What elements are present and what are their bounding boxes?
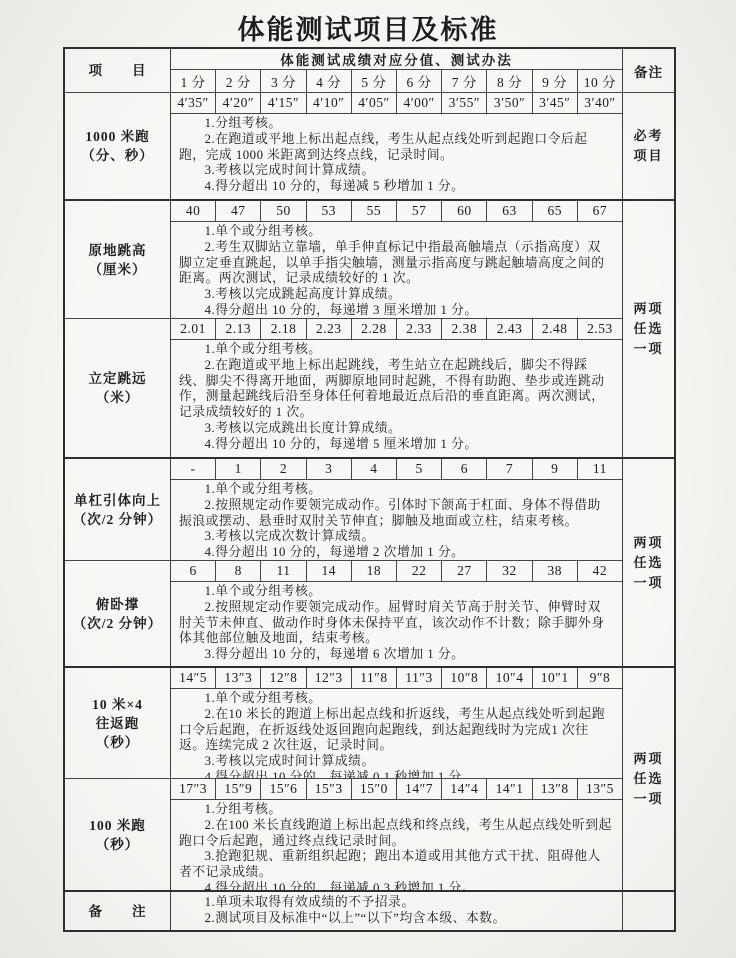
method-line: 1.分组考核。 [179,802,614,818]
score-values-row: 4′35″4′20″4′15″4′10″4′05″4′00″3′55″3′50″… [171,93,622,114]
score-value-cell: 14″5 [171,668,216,688]
method-line: 1.单项未取得有效成绩的不予招录。 [179,895,614,911]
score-value-cell: 10″8 [442,668,487,688]
method-line: 3.抢跑犯规、重新组织起跑；跑出本道或用其他方式干扰、阻碍他人者不记录成绩。 [179,849,614,881]
score-col-header: 2 分 [216,70,261,92]
score-values-row: 17″315″915″615″315″014″714″414″113″813″5 [171,779,622,800]
item-name-line: 100 米跑 [89,816,146,835]
method-line: 2.在100 米长直线跑道上标出起点线和终点线，考生从起点线处听到起跑口令后起跑… [179,818,614,850]
header-item-label: 项 目 [89,61,147,80]
score-value-cell: 14″1 [487,779,532,799]
method-line: 3.得分超出 10 分的，每递增 6 次增加 1 分。 [179,647,614,663]
method-text: 1.分组考核。2.在跑道或平地上标出起点线，考生从起点线处听到起跑口令后起跑，完… [171,114,622,199]
score-value-cell: 3′45″ [533,93,578,113]
item-name-shuttle-run: 10 米×4往返跑（秒） [65,668,171,778]
score-value-cell: 32 [487,561,532,581]
score-col-header: 7 分 [442,70,487,92]
score-value-cell: 27 [442,561,487,581]
footer-body: 1.单项未取得有效成绩的不予招录。2.测试项目及标准中“以上”“以下”均含本级、… [171,892,622,930]
score-value-cell: 1 [216,459,261,479]
score-value-cell: 13″5 [578,779,622,799]
method-line: 1.单个或分组考核。 [179,584,614,600]
method-text: 1.单个或分组考核。2.在跑道或平地上标出起跳线，考生站立在起跳线后，脚尖不得踩… [171,340,622,457]
document-page: 体能测试项目及标准 项 目 体能测试成绩对应分值、测试办法 1 分2 分3 分4… [0,0,736,958]
item-name-standing-long-jump: 立定跳远（米） [65,319,171,457]
score-value-cell: 4′10″ [307,93,352,113]
score-value-cell: 10″1 [533,668,578,688]
score-value-cell: 6 [442,459,487,479]
remark-cell-mandatory: 必考项目 [623,92,674,199]
score-col-header: 9 分 [533,70,578,92]
score-value-cell: 2.18 [261,319,306,339]
item-name-push-ups: 俯卧撑（次/2 分钟） [65,561,171,666]
score-value-cell: - [171,459,216,479]
score-value-cell: 15″9 [216,779,261,799]
score-value-cell: 2.13 [216,319,261,339]
section-100m-run: 100 米跑（秒） 17″315″915″615″315″014″714″414… [65,778,622,890]
method-line: 1.分组考核。 [179,116,614,132]
item-name-line: 10 米×4 [92,695,143,714]
item-name-line: （次/2 分钟） [73,510,162,529]
score-col-header: 10 分 [578,70,622,92]
section-standing-high-jump: 原地跳高（厘米） 40475053555760636567 1.单个或分组考核。… [65,199,622,318]
score-value-cell: 53 [307,201,352,221]
score-col-header: 3 分 [261,70,306,92]
score-value-cell: 2.43 [487,319,532,339]
item-name-line: （秒） [96,733,140,752]
score-value-cell: 15″0 [352,779,397,799]
score-value-cell: 11″3 [397,668,442,688]
score-values-row: 40475053555760636567 [171,201,622,222]
method-line: 4.得分超出 10 分的，每递增 2 次增加 1 分。 [179,545,614,560]
score-col-header: 1 分 [171,70,216,92]
method-line: 3.考核以完成时间计算成绩。 [179,754,614,770]
footer-item-label-text: 备 注 [89,902,147,921]
score-value-cell: 17″3 [171,779,216,799]
score-value-cell: 9 [533,459,578,479]
score-values-row: 2.012.132.182.232.282.332.382.432.482.53 [171,319,622,340]
item-name-line: 1000 米跑 [85,127,149,146]
method-text: 1.单个或分组考核。2.按照规定动作要领完成动作。引体时下颌高于杠面、身体不得借… [171,480,622,560]
score-value-cell: 2.28 [352,319,397,339]
section-body: 2.012.132.182.232.282.332.382.432.482.53… [171,319,622,457]
method-line: 1.单个或分组考核。 [179,224,614,240]
score-value-cell: 50 [261,201,306,221]
method-line: 2.在10 米长的跑道上标出起点线和折返线，考生从起点线处听到起跑口令后起跑，在… [179,707,614,754]
method-line: 3.考核以完成次数计算成绩。 [179,529,614,545]
remark-column-header: 备注 [623,49,674,92]
item-name-1000m-run: 1000 米跑（分、秒） [65,93,171,199]
score-value-cell: 12″8 [261,668,306,688]
section-body: 4′35″4′20″4′15″4′10″4′05″4′00″3′55″3′50″… [171,93,622,199]
section-push-ups: 俯卧撑（次/2 分钟） 681114182227323842 1.单个或分组考核… [65,560,622,666]
score-value-cell: 11″8 [352,668,397,688]
section-pull-ups: 单杠引体向上（次/2 分钟） -1234567911 1.单个或分组考核。2.按… [65,457,622,560]
item-name-pull-ups: 单杠引体向上（次/2 分钟） [65,459,171,560]
method-text: 1.单个或分组考核。2.按照规定动作要领完成动作。屈臂时肩关节高于肘关节、伸臂时… [171,582,622,666]
remark-cell-choose-one-of-two-1: 两项任选一项 [623,199,674,457]
score-value-cell: 67 [578,201,622,221]
score-value-cell: 15″3 [307,779,352,799]
score-value-cell: 4 [352,459,397,479]
method-line: 2.按照规定动作要领完成动作。屈臂时肩关节高于肘关节、伸臂时双肘关节未伸直、做动… [179,600,614,647]
score-value-cell: 11 [578,459,622,479]
score-value-cell: 40 [171,201,216,221]
footer-item-label: 备 注 [65,892,171,930]
header-score-area: 体能测试成绩对应分值、测试办法 1 分2 分3 分4 分5 分6 分7 分8 分… [171,49,622,92]
score-value-cell: 14 [307,561,352,581]
score-value-cell: 65 [533,201,578,221]
score-value-cell: 55 [352,201,397,221]
method-line: 4.得分超出 10 分的，每递增 5 厘米增加 1 分。 [179,437,614,453]
section-body: 17″315″915″615″315″014″714″414″113″813″5… [171,779,622,890]
section-standing-long-jump: 立定跳远（米） 2.012.132.182.232.282.332.382.43… [65,318,622,457]
item-name-line: 往返跑 [96,714,140,733]
score-value-cell: 57 [397,201,442,221]
footer-notes: 1.单项未取得有效成绩的不予招录。2.测试项目及标准中“以上”“以下”均含本级、… [171,892,622,930]
method-line: 1.单个或分组考核。 [179,342,614,358]
remark-header-label: 备注 [634,61,663,81]
score-col-header: 5 分 [352,70,397,92]
item-name-line: 立定跳远 [89,369,147,388]
method-line: 4.得分超出 10 分的，每递增 3 厘米增加 1 分。 [179,303,614,318]
method-line: 3.考核以完成跳起高度计算成绩。 [179,287,614,303]
section-shuttle-run: 10 米×4往返跑（秒） 14″513″312″812″311″811″310″… [65,666,622,778]
score-value-cell: 4′15″ [261,93,306,113]
method-text: 1.单个或分组考核。2.考生双脚站立靠墙，单手伸直标记中指最高触墙点（示指高度）… [171,222,622,318]
method-line: 1.单个或分组考核。 [179,482,614,498]
item-name-line: 单杠引体向上 [74,491,161,510]
score-value-cell: 10″4 [487,668,532,688]
score-value-cell: 4′00″ [397,93,442,113]
score-value-cell: 8 [216,561,261,581]
header-item-cell: 项 目 [65,49,171,92]
score-col-header: 4 分 [307,70,352,92]
score-value-cell: 63 [487,201,532,221]
remark-cell-choose-one-of-two-3: 两项任选一项 [623,666,674,890]
item-name-line: （分、秒） [81,146,154,165]
method-line: 2.按照规定动作要领完成动作。引体时下颌高于杠面、身体不得借助振浪或摆动、悬垂时… [179,498,614,530]
score-value-cell: 4′05″ [352,93,397,113]
method-line: 2.考生双脚站立靠墙，单手伸直标记中指最高触墙点（示指高度）双脚立定垂直跳起，以… [179,240,614,287]
item-name-100m-run: 100 米跑（秒） [65,779,171,890]
item-name-standing-high-jump: 原地跳高（厘米） [65,201,171,318]
method-text: 1.单个或分组考核。2.在10 米长的跑道上标出起点线和折返线，考生从起点线处听… [171,689,622,778]
item-name-line: （米） [96,388,140,407]
score-value-cell: 2.23 [307,319,352,339]
item-name-line: （次/2 分钟） [73,614,162,633]
score-col-header: 8 分 [487,70,532,92]
score-value-cell: 3′40″ [578,93,622,113]
method-line: 1.单个或分组考核。 [179,691,614,707]
score-value-cell: 4′35″ [171,93,216,113]
score-value-cell: 3′50″ [487,93,532,113]
score-value-cell: 15″6 [261,779,306,799]
section-body: 681114182227323842 1.单个或分组考核。2.按照规定动作要领完… [171,561,622,666]
section-1000m-run: 1000 米跑（分、秒） 4′35″4′20″4′15″4′10″4′05″4′… [65,92,622,199]
score-value-cell: 3′55″ [442,93,487,113]
score-value-cell: 13″3 [216,668,261,688]
score-value-cell: 2.48 [533,319,578,339]
score-values-row: -1234567911 [171,459,622,480]
footer-remarks-row: 备 注 1.单项未取得有效成绩的不予招录。2.测试项目及标准中“以上”“以下”均… [65,890,622,930]
score-values-row: 681114182227323842 [171,561,622,582]
method-line: 4.得分超出 10 分的，每递减 0.3 秒增加 1 分。 [179,881,614,890]
score-value-cell: 38 [533,561,578,581]
method-line: 2.在跑道或平地上标出起点线，考生从起点线处听到起跑口令后起跑，完成 1000 … [179,132,614,164]
section-body: 40475053555760636567 1.单个或分组考核。2.考生双脚站立靠… [171,201,622,318]
method-line: 3.考核以完成时间计算成绩。 [179,163,614,179]
score-value-cell: 12″3 [307,668,352,688]
remark-cell-choose-one-of-two-2: 两项任选一项 [623,457,674,666]
item-name-line: 原地跳高 [89,241,147,260]
score-values-row: 14″513″312″812″311″811″310″810″410″19″8 [171,668,622,689]
method-text: 1.分组考核。2.在100 米长直线跑道上标出起点线和终点线，考生从起点线处听到… [171,800,622,890]
score-value-cell: 42 [578,561,622,581]
score-value-cell: 3 [307,459,352,479]
score-value-cell: 2 [261,459,306,479]
section-body: 14″513″312″812″311″811″310″810″410″19″8 … [171,668,622,778]
score-value-cell: 22 [397,561,442,581]
method-line: 4.得分超出 10 分的，每递减 5 秒增加 1 分。 [179,179,614,195]
method-line: 4.得分超出 10 分的，每递减 0.1 秒增加 1 分。 [179,770,614,778]
score-value-cell: 4′20″ [216,93,261,113]
score-value-cell: 2.38 [442,319,487,339]
item-name-line: 俯卧撑 [96,595,140,614]
score-value-cell: 2.01 [171,319,216,339]
score-value-cell: 7 [487,459,532,479]
fitness-standards-table: 项 目 体能测试成绩对应分值、测试办法 1 分2 分3 分4 分5 分6 分7 … [63,47,676,932]
score-column-headers: 1 分2 分3 分4 分5 分6 分7 分8 分9 分10 分 [171,70,622,92]
method-line: 2.测试项目及标准中“以上”“以下”均含本级、本数。 [179,911,614,927]
method-line: 3.考核以完成跳出长度计算成绩。 [179,421,614,437]
score-value-cell: 14″7 [397,779,442,799]
score-value-cell: 5 [397,459,442,479]
score-value-cell: 2.33 [397,319,442,339]
remark-cell-empty [623,890,674,930]
score-value-cell: 6 [171,561,216,581]
score-value-cell: 13″8 [533,779,578,799]
score-value-cell: 60 [442,201,487,221]
score-col-header: 6 分 [397,70,442,92]
table-main-area: 项 目 体能测试成绩对应分值、测试办法 1 分2 分3 分4 分5 分6 分7 … [65,49,622,930]
score-value-cell: 14″4 [442,779,487,799]
item-name-line: （厘米） [89,260,147,279]
item-name-line: （秒） [96,835,140,854]
score-value-cell: 2.53 [578,319,622,339]
score-value-cell: 11 [261,561,306,581]
score-group-header: 体能测试成绩对应分值、测试办法 [171,49,622,70]
section-body: -1234567911 1.单个或分组考核。2.按照规定动作要领完成动作。引体时… [171,459,622,560]
remark-column: 备注 必考项目 两项任选一项 两项任选一项 两项任选一项 [622,49,674,930]
page-title: 体能测试项目及标准 [0,8,736,47]
table-header-row: 项 目 体能测试成绩对应分值、测试办法 1 分2 分3 分4 分5 分6 分7 … [65,49,622,92]
method-line: 2.在跑道或平地上标出起跳线，考生站立在起跳线后，脚尖不得踩线、脚尖不得离开地面… [179,358,614,421]
score-value-cell: 9″8 [578,668,622,688]
score-value-cell: 18 [352,561,397,581]
score-value-cell: 47 [216,201,261,221]
